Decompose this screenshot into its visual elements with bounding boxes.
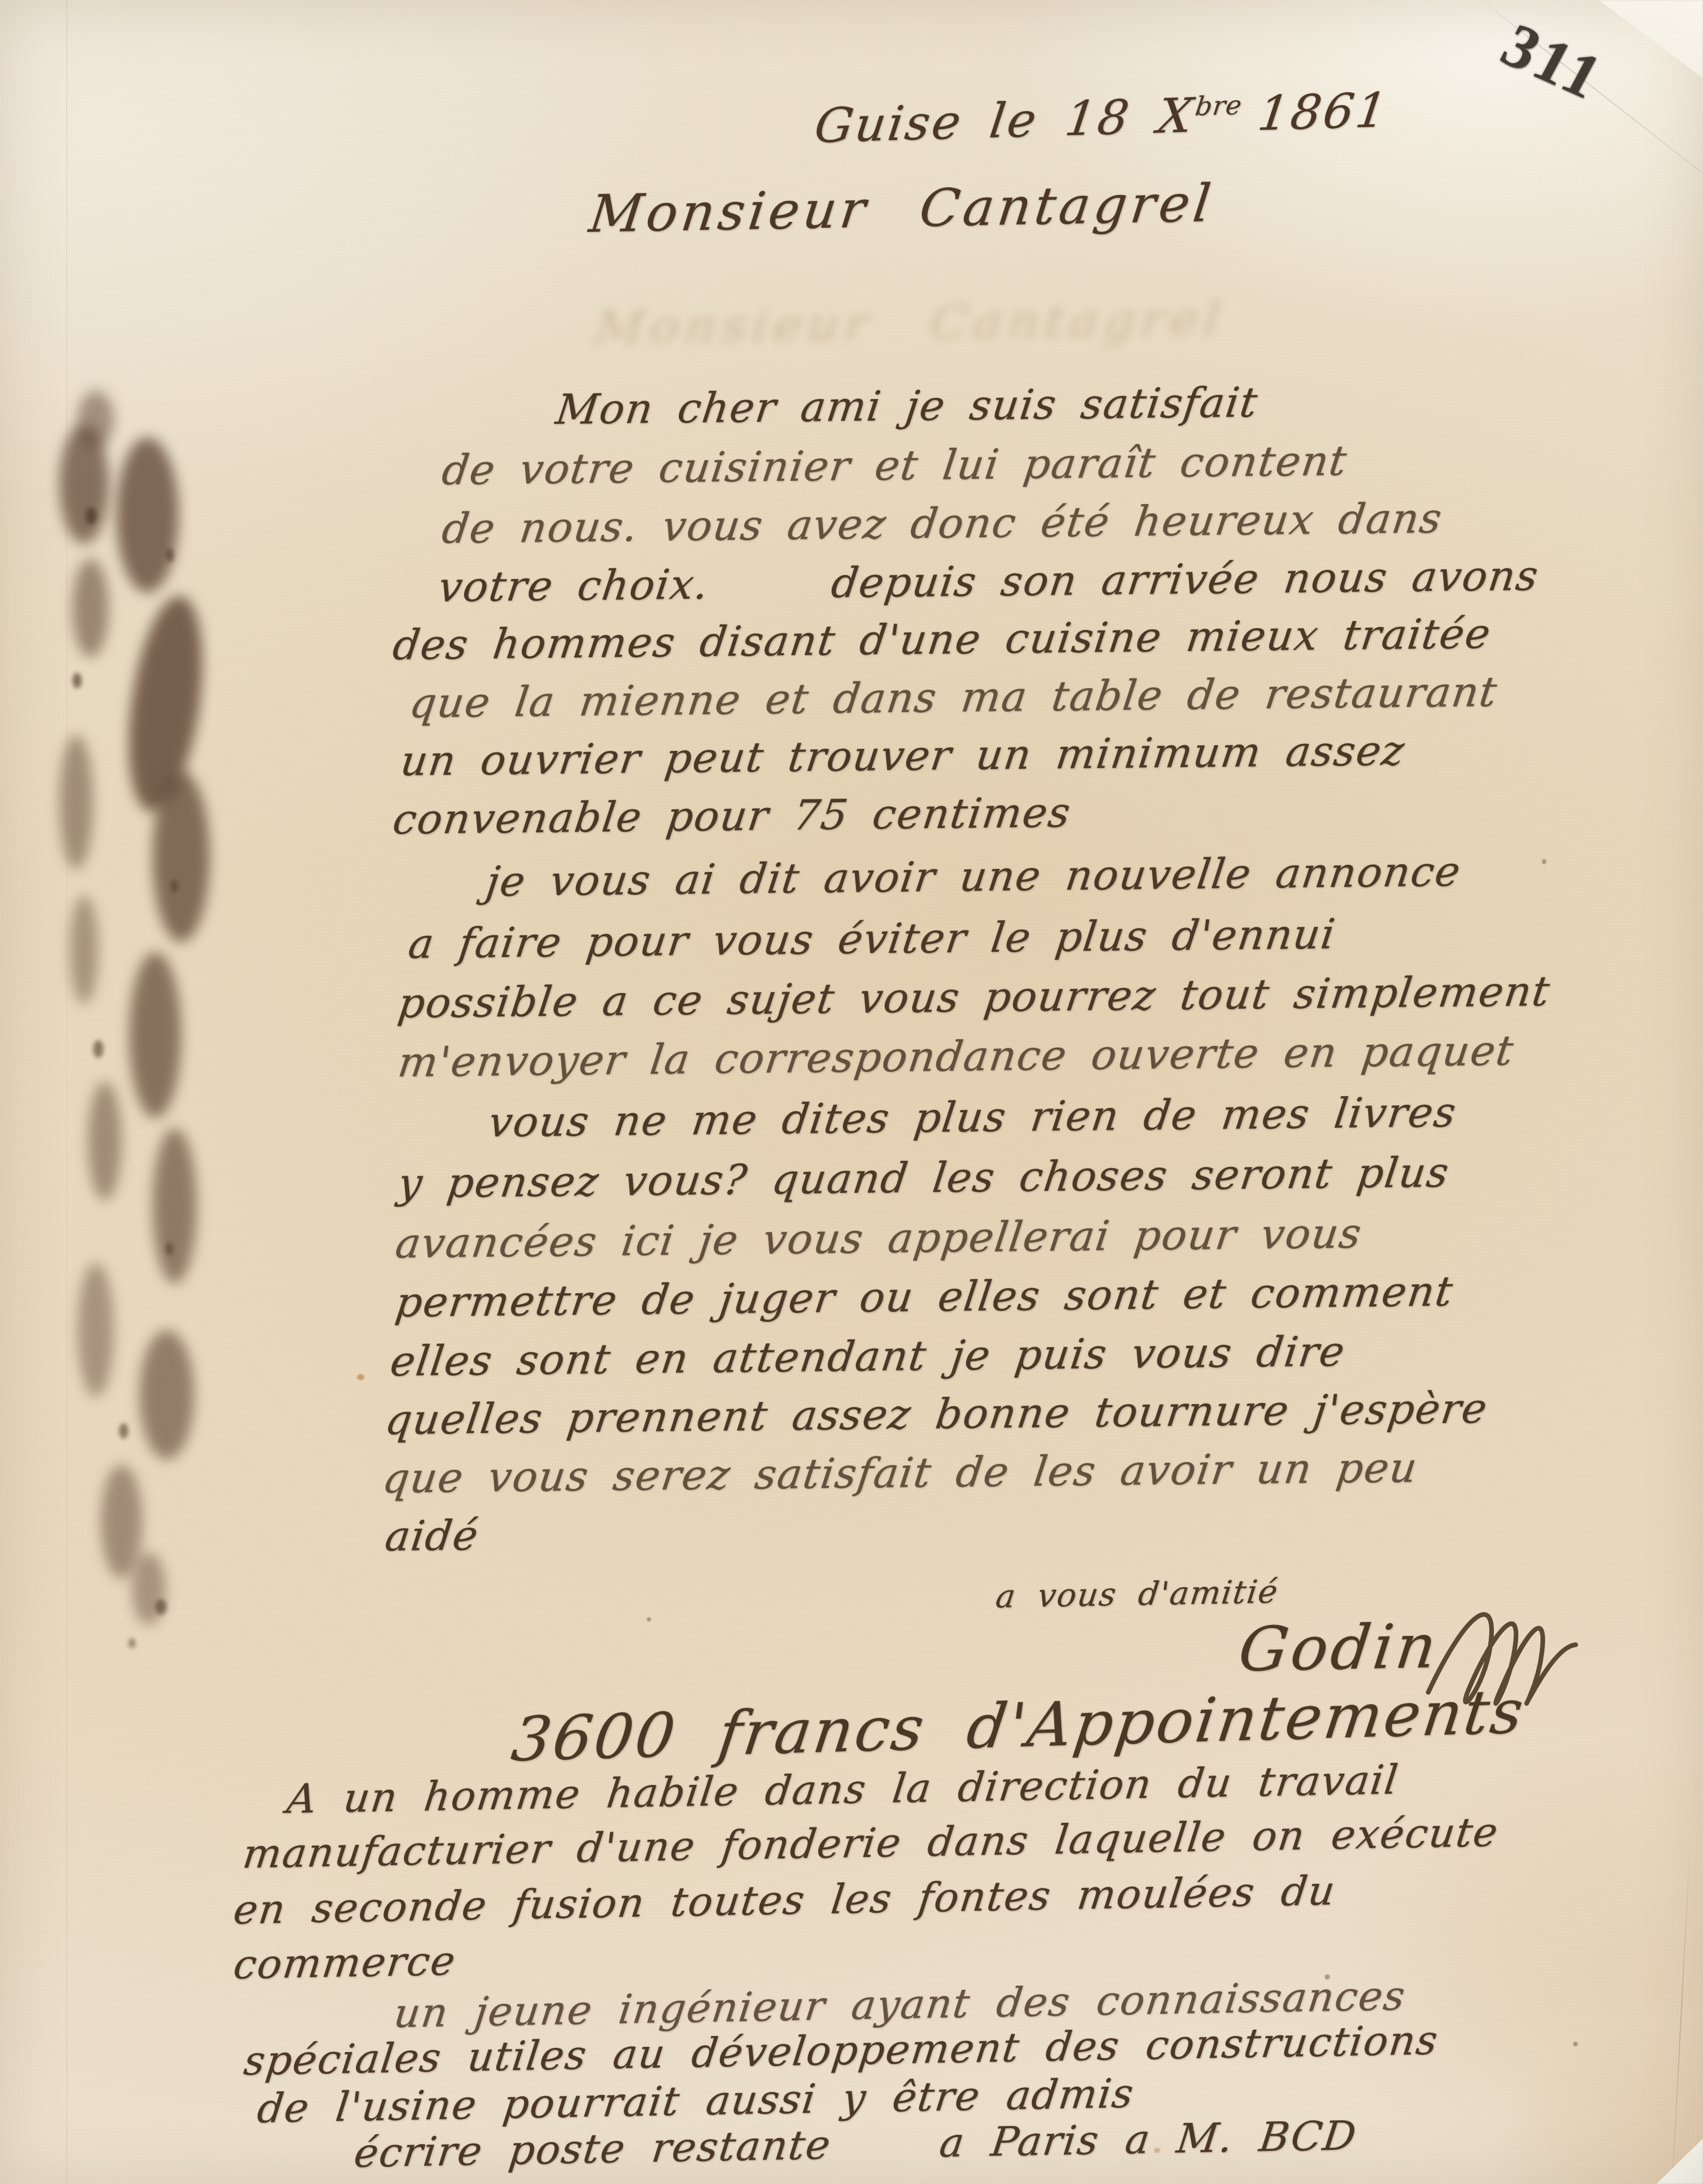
letter-line: que la mienne et dans ma table de restau…	[407, 668, 1501, 727]
dateline-place-day: Guise le 18	[811, 89, 1162, 154]
letter-line: de nous. vous avez donc été heureux dans	[439, 494, 1445, 553]
dateline-month: X	[1154, 88, 1198, 144]
letter-line: vous ne me dites plus rien de mes livres	[486, 1088, 1459, 1146]
letter-line: quelles prennent assez bonne tournure j'…	[382, 1384, 1491, 1444]
letter-line: votre choix. depuis son arrivée nous avo…	[436, 552, 1542, 611]
letter-line: avancées ici je vous appellerai pour vou…	[393, 1209, 1365, 1267]
letter-line: a faire pour vous éviter le plus d'ennui	[406, 910, 1339, 968]
dateline: Guise le 18 Xbre1861	[811, 82, 1392, 154]
letter-line: aidé	[382, 1511, 482, 1560]
dateline-month-superscript: bre	[1193, 90, 1244, 121]
letter-line: je vous ai dit avoir une nouvelle annonc…	[483, 847, 1464, 906]
paper-crease-left	[66, 0, 67, 2184]
announcement-line: A un homme habile dans la direction du t…	[284, 1757, 1401, 1823]
salutation: Monsieur Cantagrel	[586, 173, 1218, 244]
letter-line: un ouvrier peut trouver un minimum assez	[398, 727, 1408, 785]
letter-line: convenable pour 75 centimes	[390, 788, 1074, 844]
ink-bleedthrough-ghost: Monsieur Cantagrel	[591, 293, 1228, 354]
letter-line: m'envoyer la correspondance ouverte en p…	[395, 1026, 1517, 1086]
letter-line: que vous serez satisfait de les avoir un…	[380, 1443, 1421, 1502]
letter-line: possible a ce sujet vous pourrez tout si…	[395, 967, 1553, 1027]
announcement-line: commerce	[231, 1938, 458, 1988]
paper-crease-right	[1672, 1842, 1691, 2183]
letter-page: 311 Guise le 18 Xbre1861 Monsieur Cantag…	[0, 0, 1703, 2184]
archive-number-stamp: 311	[1490, 9, 1616, 114]
footer-address: a Paris a M. BCD	[937, 2113, 1360, 2166]
dateline-year: 1861	[1255, 82, 1392, 141]
announcement-line: en seconde fusion toutes les fontes moul…	[231, 1868, 1338, 1934]
letter-line: Mon cher ami je suis satisfait	[553, 378, 1261, 434]
letter-line: y pensez vous? quand les choses seront p…	[395, 1148, 1453, 1207]
letter-line: des hommes disant d'une cuisine mieux tr…	[390, 610, 1494, 669]
letter-line: elles sont en attendant je puis vous dir…	[388, 1327, 1349, 1385]
footer-instruction: écrire poste restante	[351, 2122, 834, 2177]
letter-line: permettre de juger ou elles sont et comm…	[393, 1267, 1456, 1326]
closing-formula: a vous d'amitié	[994, 1573, 1281, 1615]
letter-line: de votre cuisinier et lui paraît content	[439, 437, 1350, 494]
